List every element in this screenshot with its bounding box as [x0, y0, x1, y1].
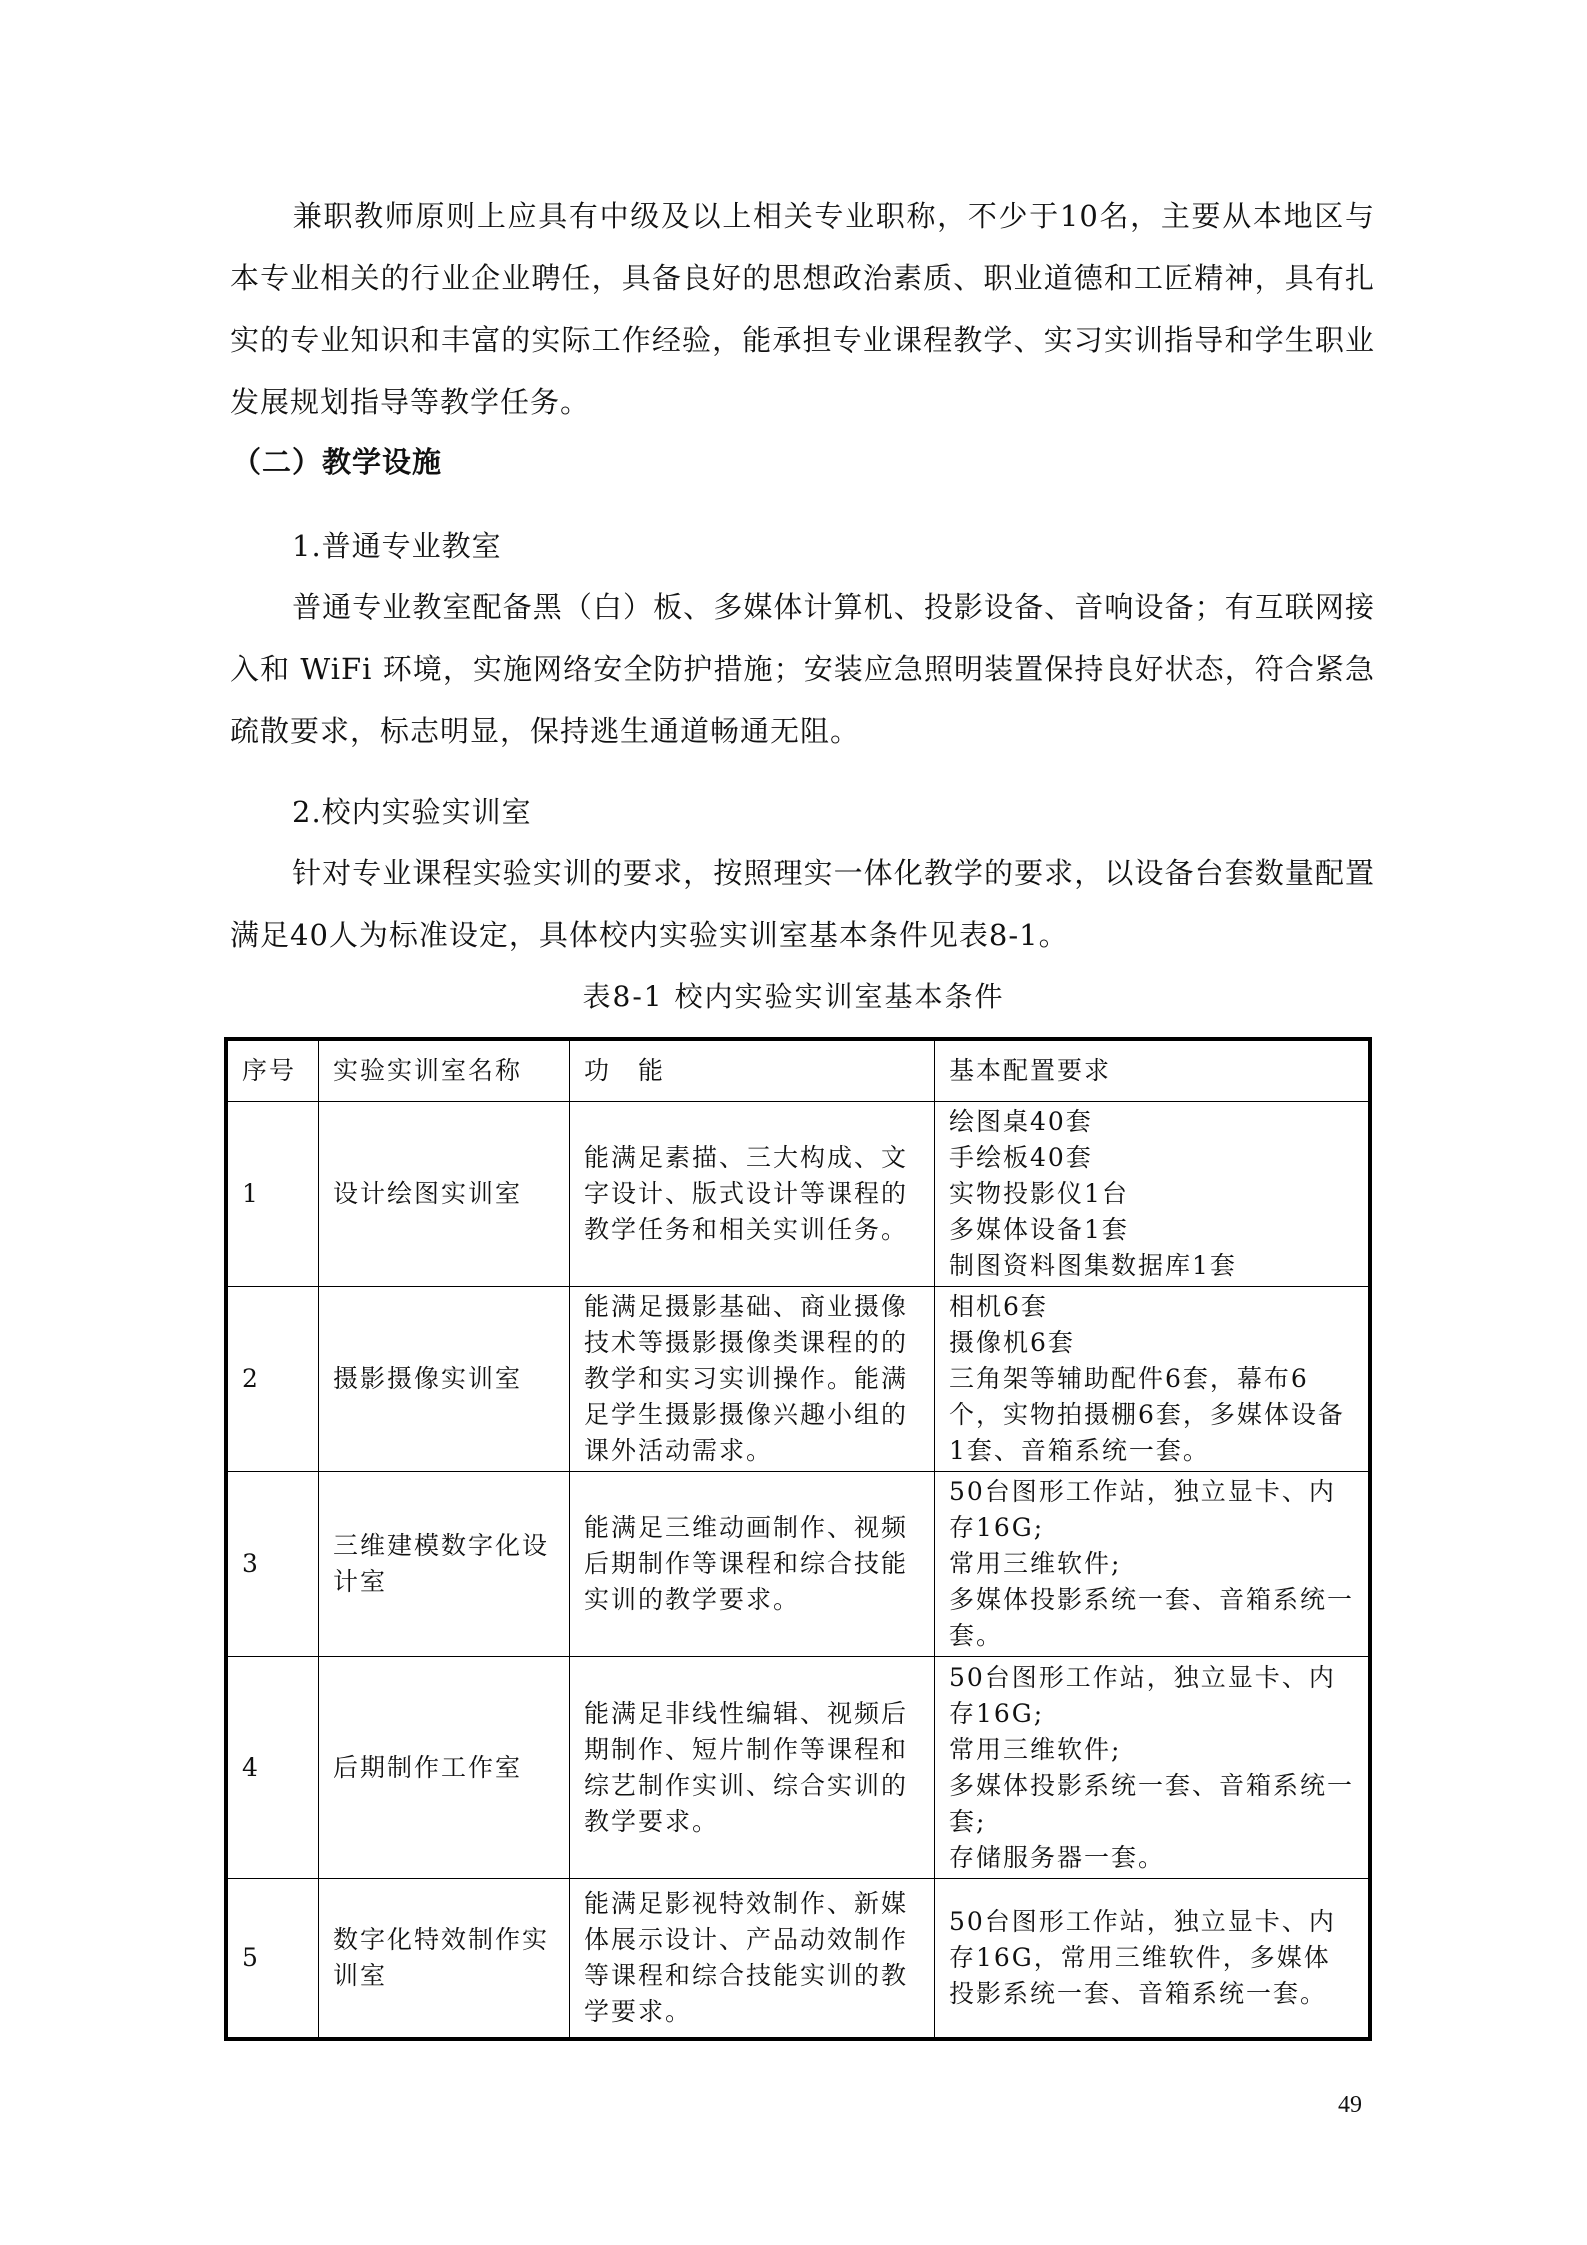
subheading-classroom: 1.普通专业教室: [292, 524, 502, 565]
config-line: 绘图桌40套: [949, 1104, 1354, 1140]
page-number: 49: [1338, 2092, 1362, 2119]
cell-function: 能满足影视特效制作、新媒体展示设计、产品动效制作等课程和综合技能实训的教学要求。: [570, 1879, 935, 2039]
config-line: 常用三维软件;: [949, 1732, 1354, 1768]
cell-no: 1: [226, 1102, 319, 1287]
config-line: 50台图形工作站，独立显卡、内存16G;: [949, 1660, 1354, 1732]
cell-no: 5: [226, 1879, 319, 2039]
config-line: 摄像机6套: [949, 1325, 1354, 1361]
cell-function: 能满足非线性编辑、视频后期制作、短片制作等课程和综艺制作实训、综合实训的教学要求…: [570, 1657, 935, 1879]
config-line: 实物投影仪1台: [949, 1176, 1354, 1212]
header-no: 序号: [226, 1039, 319, 1102]
paragraph-text: 普通专业教室配备黑（白）板、多媒体计算机、投影设备、音响设备；有互联网接入和 W…: [230, 590, 1375, 748]
config-line: 50台图形工作站，独立显卡、内存16G;: [949, 1474, 1354, 1546]
training-room-table: 序号 实验实训室名称 功 能 基本配置要求 1 设计绘图实训室 能满足素描、三大…: [224, 1037, 1372, 2041]
config-line: 50台图形工作站，独立显卡、内存16G，常用三维软件，多媒体投影系统一套、音箱系…: [949, 1904, 1354, 2012]
table-header-row: 序号 实验实训室名称 功 能 基本配置要求: [226, 1039, 1370, 1102]
header-name: 实验实训室名称: [319, 1039, 570, 1102]
subheading-training-room: 2.校内实验实训室: [292, 790, 532, 831]
cell-name: 后期制作工作室: [319, 1657, 570, 1879]
paragraph-part-time-teachers: 兼职教师原则上应具有中级及以上相关专业职称，不少于10名，主要从本地区与本专业相…: [230, 185, 1375, 433]
cell-no: 3: [226, 1472, 319, 1657]
cell-name: 设计绘图实训室: [319, 1102, 570, 1287]
config-line: 相机6套: [949, 1289, 1354, 1325]
config-line: 常用三维软件;: [949, 1546, 1354, 1582]
config-line: 手绘板40套: [949, 1140, 1354, 1176]
cell-config: 50台图形工作站，独立显卡、内存16G; 常用三维软件; 多媒体投影系统一套、音…: [935, 1657, 1371, 1879]
paragraph-classroom: 普通专业教室配备黑（白）板、多媒体计算机、投影设备、音响设备；有互联网接入和 W…: [230, 576, 1375, 762]
cell-name: 三维建模数字化设计室: [319, 1472, 570, 1657]
table-row: 1 设计绘图实训室 能满足素描、三大构成、文字设计、版式设计等课程的教学任务和相…: [226, 1102, 1370, 1287]
table-row: 3 三维建模数字化设计室 能满足三维动画制作、视频后期制作等课程和综合技能实训的…: [226, 1472, 1370, 1657]
paragraph-text: 兼职教师原则上应具有中级及以上相关专业职称，不少于10名，主要从本地区与本专业相…: [230, 199, 1375, 419]
config-line: 三角架等辅助配件6套，幕布6个，实物拍摄棚6套，多媒体设备1套、音箱系统一套。: [949, 1361, 1354, 1469]
cell-function: 能满足三维动画制作、视频后期制作等课程和综合技能实训的教学要求。: [570, 1472, 935, 1657]
paragraph-text: 针对专业课程实验实训的要求，按照理实一体化教学的要求，以设备台套数量配置满足40…: [230, 856, 1375, 952]
cell-config: 50台图形工作站，独立显卡、内存16G; 常用三维软件; 多媒体投影系统一套、音…: [935, 1472, 1371, 1657]
config-line: 多媒体投影系统一套、音箱系统一套;: [949, 1768, 1354, 1840]
config-line: 多媒体投影系统一套、音箱系统一套。: [949, 1582, 1354, 1654]
cell-config: 绘图桌40套 手绘板40套 实物投影仪1台 多媒体设备1套 制图资料图集数据库1…: [935, 1102, 1371, 1287]
paragraph-training-room: 针对专业课程实验实训的要求，按照理实一体化教学的要求，以设备台套数量配置满足40…: [230, 842, 1375, 966]
table-row: 2 摄影摄像实训室 能满足摄影基础、商业摄像技术等摄影摄像类课程的的教学和实习实…: [226, 1287, 1370, 1472]
config-line: 制图资料图集数据库1套: [949, 1248, 1354, 1284]
cell-name: 数字化特效制作实训室: [319, 1879, 570, 2039]
table-caption: 表8-1 校内实验实训室基本条件: [0, 975, 1587, 1015]
cell-config: 50台图形工作站，独立显卡、内存16G，常用三维软件，多媒体投影系统一套、音箱系…: [935, 1879, 1371, 2039]
header-function: 功 能: [570, 1039, 935, 1102]
cell-name: 摄影摄像实训室: [319, 1287, 570, 1472]
cell-function: 能满足素描、三大构成、文字设计、版式设计等课程的教学任务和相关实训任务。: [570, 1102, 935, 1287]
cell-no: 4: [226, 1657, 319, 1879]
cell-no: 2: [226, 1287, 319, 1472]
section-heading: （二）教学设施: [232, 440, 442, 481]
config-line: 多媒体设备1套: [949, 1212, 1354, 1248]
cell-config: 相机6套 摄像机6套 三角架等辅助配件6套，幕布6个，实物拍摄棚6套，多媒体设备…: [935, 1287, 1371, 1472]
config-line: 存储服务器一套。: [949, 1840, 1354, 1876]
table-row: 5 数字化特效制作实训室 能满足影视特效制作、新媒体展示设计、产品动效制作等课程…: [226, 1879, 1370, 2039]
table-row: 4 后期制作工作室 能满足非线性编辑、视频后期制作、短片制作等课程和综艺制作实训…: [226, 1657, 1370, 1879]
cell-function: 能满足摄影基础、商业摄像技术等摄影摄像类课程的的教学和实习实训操作。能满足学生摄…: [570, 1287, 935, 1472]
header-config: 基本配置要求: [935, 1039, 1371, 1102]
